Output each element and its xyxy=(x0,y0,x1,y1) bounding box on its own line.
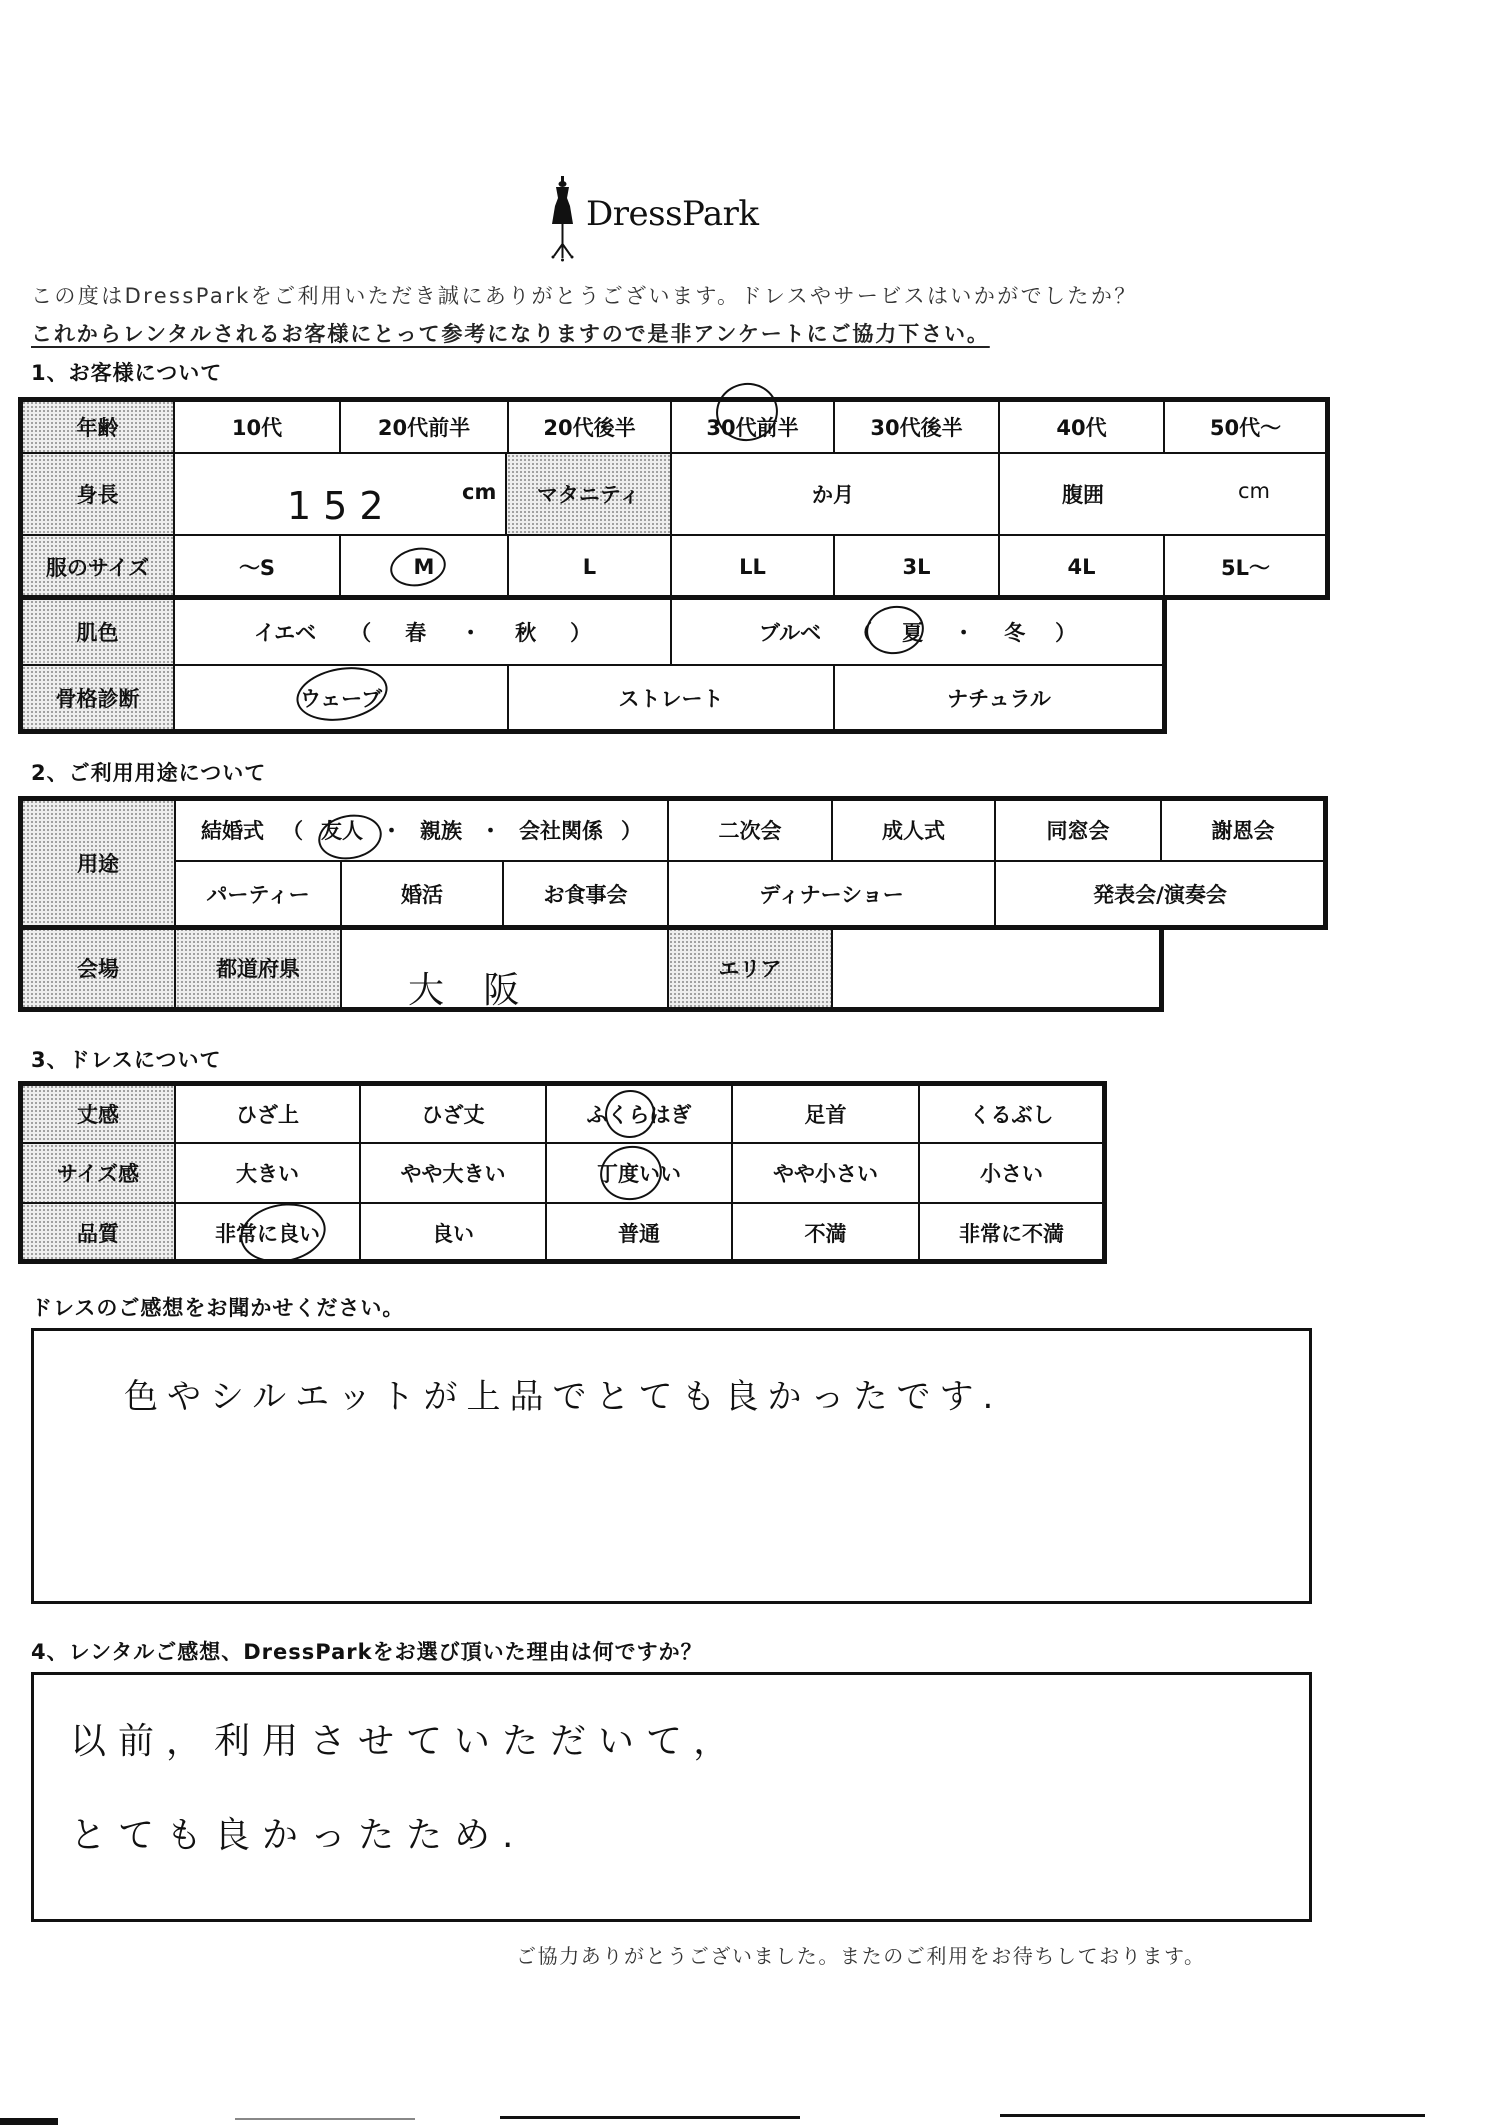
scan-artifact xyxy=(1000,2114,1425,2117)
reason-line-1: 以前，利用させていただいて， xyxy=(70,1713,741,1764)
maternity-label: マタニティ xyxy=(505,452,672,536)
scan-artifact xyxy=(0,2118,58,2125)
wedding-prefix: 結婚式 xyxy=(201,815,264,845)
length-option[interactable]: ひざ丈 xyxy=(359,1083,547,1144)
purpose-option[interactable]: 同窓会 xyxy=(994,798,1162,862)
brand-name: DressPark xyxy=(586,194,759,234)
autumn-option[interactable]: 秋 xyxy=(515,617,536,647)
size-option[interactable]: 5L～ xyxy=(1163,534,1328,600)
paren-close: ） xyxy=(570,617,591,647)
dress-comment-textarea[interactable]: 色やシルエットが上品でとても良かったです. xyxy=(31,1328,1312,1604)
age-option[interactable]: 50代～ xyxy=(1163,399,1328,454)
size-feel-option[interactable]: 大きい xyxy=(174,1142,361,1204)
dress-mannequin-icon xyxy=(548,176,578,262)
purpose-option[interactable]: 二次会 xyxy=(667,798,833,862)
section1-title: 1、お客様について xyxy=(31,357,222,387)
intro-request-text: これからレンタルされるお客様にとって参考になりますので是非アンケートにご協力下さ… xyxy=(31,318,990,348)
dresspark-logo: DressPark xyxy=(548,176,788,264)
thank-you-text: ご協力ありがとうございました。またのご利用をお待ちしております。 xyxy=(516,1940,1206,1969)
size-option[interactable]: L xyxy=(507,534,672,600)
age-option[interactable]: 30代後半 xyxy=(833,399,1000,454)
quality-option[interactable]: 良い xyxy=(359,1202,547,1264)
height-field[interactable]: 152 cm xyxy=(173,452,507,536)
age-option[interactable]: 10代 xyxy=(173,399,341,454)
purpose-option[interactable]: 婚活 xyxy=(340,860,504,928)
age-option-selected[interactable]: 30代前半 xyxy=(670,399,835,454)
length-option[interactable]: 足首 xyxy=(731,1083,920,1144)
reason-line-2: とても良かったため. xyxy=(70,1807,525,1858)
venue-label: 会場 xyxy=(20,926,176,1010)
intro-text: この度はDressParkをご利用いただき誠にありがとうございます。ドレスやサー… xyxy=(31,280,1138,310)
age-option[interactable]: 40代 xyxy=(998,399,1165,454)
size-option[interactable]: 4L xyxy=(998,534,1165,600)
frame-option-selected[interactable]: ウェーブ xyxy=(173,664,509,732)
age-option[interactable]: 20代後半 xyxy=(507,399,672,454)
size-option[interactable]: LL xyxy=(670,534,835,600)
size-option[interactable]: ～S xyxy=(173,534,341,600)
length-option[interactable]: くるぶし xyxy=(918,1083,1105,1144)
age-option[interactable]: 20代前半 xyxy=(339,399,509,454)
size-feel-label: サイズ感 xyxy=(20,1142,176,1204)
quality-option[interactable]: 不満 xyxy=(731,1202,920,1264)
separator: ・ xyxy=(460,617,481,647)
maternity-months-field[interactable]: か月 xyxy=(670,452,1000,536)
quality-option-selected[interactable]: 非常に良い xyxy=(174,1202,361,1264)
dress-comment-text: 色やシルエットが上品でとても良かったです. xyxy=(124,1369,1002,1418)
length-label: 丈感 xyxy=(20,1083,176,1144)
section2-title: 2、ご利用用途について xyxy=(31,757,266,787)
purpose-option[interactable]: お食事会 xyxy=(502,860,669,928)
yellow-base-field[interactable]: イエベ （ 春 ・ 秋 ） xyxy=(173,598,672,666)
height-unit: cm xyxy=(462,480,496,504)
height-label: 身長 xyxy=(20,452,175,536)
frame-option[interactable]: ナチュラル xyxy=(833,664,1165,732)
paren-close: ） xyxy=(621,815,642,845)
scan-artifact xyxy=(500,2116,800,2119)
yellow-base-prefix: イエベ xyxy=(254,617,316,647)
paren-open: （ xyxy=(282,815,303,845)
separator: ・ xyxy=(480,815,501,845)
size-option[interactable]: 3L xyxy=(833,534,1000,600)
wedding-field[interactable]: 結婚式 （ 友人 ・ 親族 ・ 会社関係 ） xyxy=(174,798,669,862)
friend-option-selected[interactable]: 友人 xyxy=(321,815,363,845)
area-field[interactable] xyxy=(831,926,1162,1010)
size-feel-option-selected[interactable]: 丁度いい xyxy=(545,1142,733,1204)
maternity-unit: か月 xyxy=(812,479,854,509)
summer-option-selected[interactable]: 夏 xyxy=(902,617,923,647)
quality-option[interactable]: 普通 xyxy=(545,1202,733,1264)
purpose-label: 用途 xyxy=(20,798,176,928)
purpose-option[interactable]: 謝恩会 xyxy=(1160,798,1326,862)
height-value: 152 xyxy=(287,484,396,528)
size-label: 服のサイズ xyxy=(20,534,175,600)
size-feel-option[interactable]: 小さい xyxy=(918,1142,1105,1204)
size-feel-option[interactable]: やや大きい xyxy=(359,1142,547,1204)
length-option-selected[interactable]: ふくらはぎ xyxy=(545,1083,733,1144)
scan-artifact xyxy=(235,2118,415,2120)
purpose-option[interactable]: パーティー xyxy=(174,860,342,928)
purpose-option[interactable]: ディナーショー xyxy=(667,860,996,928)
length-option[interactable]: ひざ上 xyxy=(174,1083,361,1144)
frame-option[interactable]: ストレート xyxy=(507,664,835,732)
frame-label: 骨格診断 xyxy=(20,664,175,732)
spring-option[interactable]: 春 xyxy=(405,617,426,647)
size-option-selected[interactable]: M xyxy=(339,534,509,600)
waist-label: 腹囲 xyxy=(1062,479,1104,509)
purpose-option[interactable]: 発表会/演奏会 xyxy=(994,860,1326,928)
skin-label: 肌色 xyxy=(20,598,175,666)
separator: ・ xyxy=(381,815,402,845)
prefecture-field[interactable]: 大 阪 xyxy=(340,926,669,1010)
section3-title: 3、ドレスについて xyxy=(31,1044,222,1074)
relative-option[interactable]: 親族 xyxy=(420,815,462,845)
separator: ・ xyxy=(953,617,974,647)
reason-textarea[interactable]: 以前，利用させていただいて， とても良かったため. xyxy=(31,1672,1312,1922)
paren-close: ） xyxy=(1055,617,1076,647)
winter-option[interactable]: 冬 xyxy=(1004,617,1025,647)
blue-base-prefix: ブルベ xyxy=(759,617,821,647)
age-label: 年齢 xyxy=(20,399,175,454)
section4-title: 4、レンタルご感想、DressParkをお選び頂いた理由は何ですか？ xyxy=(31,1636,703,1666)
size-feel-option[interactable]: やや小さい xyxy=(731,1142,920,1204)
quality-option[interactable]: 非常に不満 xyxy=(918,1202,1105,1264)
quality-label: 品質 xyxy=(20,1202,176,1264)
area-label: エリア xyxy=(667,926,833,1010)
prefecture-value: 大 阪 xyxy=(408,962,533,1013)
waist-unit: cm xyxy=(1238,479,1270,503)
prefecture-label: 都道府県 xyxy=(174,926,342,1010)
paren-open: （ xyxy=(851,617,872,647)
purpose-option[interactable]: 成人式 xyxy=(831,798,996,862)
paren-open: （ xyxy=(350,617,371,647)
blue-base-field[interactable]: ブルベ （ 夏 ・ 冬 ） xyxy=(670,598,1165,666)
comment-prompt: ドレスのご感想をお聞かせください。 xyxy=(31,1292,404,1322)
waist-field[interactable]: 腹囲 cm xyxy=(998,452,1328,536)
company-option[interactable]: 会社関係 xyxy=(519,815,603,845)
